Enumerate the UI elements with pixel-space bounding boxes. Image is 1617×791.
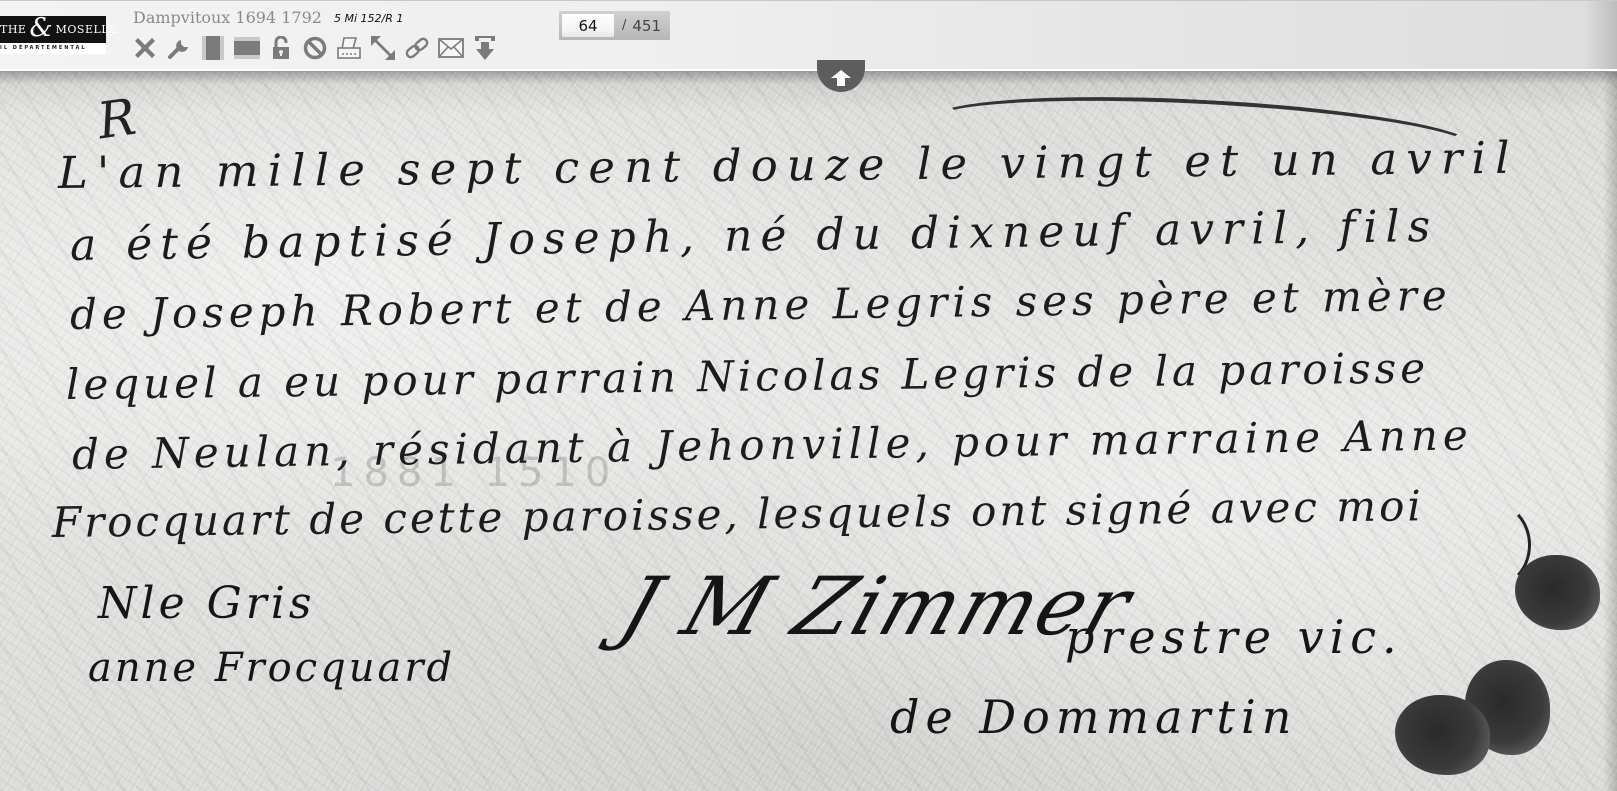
document-image-viewer[interactable]: 1881 1510 R L'an mille sept cent douze l… <box>0 70 1617 791</box>
unlock-icon <box>271 36 291 60</box>
page-total: 451 <box>632 17 661 35</box>
document-title: Dampvitoux 1694 1792 <box>133 8 322 27</box>
logo-text-left: THE <box>0 23 26 36</box>
toolbar-icons <box>132 35 506 61</box>
link-button[interactable] <box>404 35 430 61</box>
page-number-input[interactable] <box>562 14 614 37</box>
signature-godfather: Nle Gris <box>98 578 315 629</box>
viewer-toolbar: THE & MOSELLE IL DÉPARTEMENTAL Dampvitou… <box>0 0 1617 71</box>
logo-subtitle: IL DÉPARTEMENTAL <box>0 45 106 51</box>
unlock-button[interactable] <box>268 35 294 61</box>
wrench-icon <box>167 36 191 60</box>
printer-icon <box>336 36 362 60</box>
close-icon <box>134 37 156 59</box>
page-navigator: / 451 <box>559 11 670 40</box>
download-icon <box>474 35 496 61</box>
download-button[interactable] <box>472 35 498 61</box>
margin-note: R <box>94 88 139 151</box>
fit-height-button[interactable] <box>200 35 226 61</box>
logo-ampersand: & <box>29 15 52 41</box>
mail-button[interactable] <box>438 35 464 61</box>
signature-priest-name: J M Zimmer <box>610 560 1144 653</box>
header-shadow <box>0 70 1617 84</box>
signature-godmother: anne Frocquard <box>88 645 455 691</box>
arrow-up-icon <box>831 70 851 86</box>
page-separator: / <box>622 18 626 33</box>
fit-width-button[interactable] <box>234 35 260 61</box>
document-cote: 5 Mi 152/R 1 <box>334 12 403 25</box>
fit-height-icon <box>202 36 224 60</box>
archives-logo[interactable]: THE & MOSELLE IL DÉPARTEMENTAL <box>0 16 106 54</box>
logo-band: THE & MOSELLE <box>0 16 106 43</box>
signature-priest-place: de Dommartin <box>890 690 1297 744</box>
page-edge-shadow <box>1603 70 1617 791</box>
signature-priest-title: prestre vic. <box>1065 610 1403 664</box>
fullscreen-button[interactable] <box>370 35 396 61</box>
envelope-icon <box>438 38 464 58</box>
print-button[interactable] <box>336 35 362 61</box>
fit-width-icon <box>234 37 260 59</box>
close-button[interactable] <box>132 35 158 61</box>
settings-button[interactable] <box>166 35 192 61</box>
logo-text-right: MOSELLE <box>56 23 118 36</box>
expand-arrows-icon <box>370 35 396 61</box>
block-button[interactable] <box>302 35 328 61</box>
no-entry-icon <box>303 36 327 60</box>
link-icon <box>404 36 430 60</box>
